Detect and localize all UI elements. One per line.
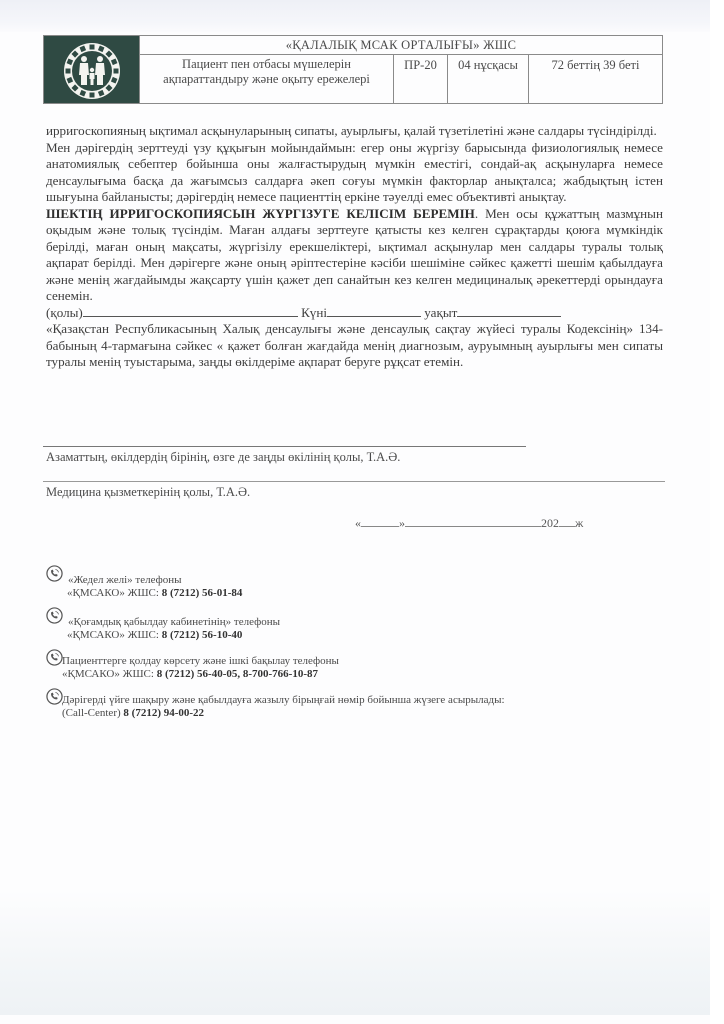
contact-public-reception-number-line: «ҚМСАКО» ЖШС: 8 (7212) 56-10-40 <box>46 629 646 642</box>
date-day-field[interactable] <box>361 516 399 527</box>
consent-body: ирригоскопияның ықтимал асқынуларының си… <box>46 123 663 371</box>
contact-patient-support: Пациенттерге қолдау көрсету және ішкі ба… <box>46 649 646 681</box>
phone-icon <box>46 565 63 582</box>
year-prefix: 202 <box>541 516 559 530</box>
contact-hotline-number[interactable]: 8 (7212) 56-01-84 <box>162 587 243 599</box>
contact-call-center-number[interactable]: 8 (7212) 94-00-22 <box>123 707 204 719</box>
call-center-label: (Call-Center) <box>62 707 123 719</box>
year-field[interactable] <box>559 516 575 527</box>
time-field[interactable] <box>457 305 561 317</box>
date-row: «»202ж <box>355 516 583 531</box>
document-title-line1: Пациент пен отбасы мүшелерін <box>140 57 393 72</box>
contact-public-reception-number[interactable]: 8 (7212) 56-10-40 <box>162 629 243 641</box>
contact-hotline-number-line: «ҚМСАКО» ЖШС: 8 (7212) 56-01-84 <box>46 587 646 600</box>
contact-call-center-number-line: (Call-Center) 8 (7212) 94-00-22 <box>46 707 646 720</box>
year-suffix: ж <box>575 516 583 530</box>
date-month-field[interactable] <box>405 516 541 527</box>
medic-signature-line[interactable] <box>43 481 665 482</box>
signature-label: (қолы) <box>46 305 83 320</box>
document-title-line2: ақпараттандыру және оқыту ережелері <box>140 72 393 87</box>
paragraph-right-to-stop: Мен дәрігердің зерттеуді үзу құқығын мой… <box>46 140 663 206</box>
day-field[interactable] <box>327 305 421 317</box>
consent-heading: ШЕКТІҢ ИРРИГОСКОПИЯСЫН ЖҮРГІЗУГЕ КЕЛІСІМ… <box>46 206 475 221</box>
contact-patient-support-numbers[interactable]: 8 (7212) 56-40-05, 8-700-766-10-87 <box>157 668 318 680</box>
contact-list: «Жедел желі» телефоны «ҚМСАКО» ЖШС: 8 (7… <box>46 565 646 727</box>
phone-icon <box>46 607 63 624</box>
contact-public-reception: «Қоғамдық қабылдау кабинетінің» телефоны… <box>46 607 646 642</box>
day-label: Күні <box>301 305 327 320</box>
contact-patient-support-title: Пациенттерге қолдау көрсету және ішкі ба… <box>46 649 646 668</box>
contact-org-label: «ҚМСАКО» ЖШС: <box>67 629 162 641</box>
document-code: ПР-20 <box>394 55 448 104</box>
phone-icon <box>46 688 63 705</box>
contact-patient-support-number-line: «ҚМСАКО» ЖШС: 8 (7212) 56-40-05, 8-700-7… <box>46 668 646 681</box>
paragraph-disclosure-permission: «Қазақстан Республикасының Халық денсаул… <box>46 321 663 371</box>
contact-hotline-title: «Жедел желі» телефоны <box>46 565 646 587</box>
document-page: «ҚАЛАЛЫҚ МСАК ОРТАЛЫҒЫ» ЖШС Пациент пен … <box>0 0 724 1024</box>
logo-cell <box>44 36 140 104</box>
contact-call-center: Дәрігерді үйге шақыру және қабылдауға жа… <box>46 688 646 720</box>
page-info: 72 беттің 39 беті <box>529 55 663 104</box>
family-circle-logo-icon <box>52 40 132 102</box>
document-title: Пациент пен отбасы мүшелерін ақпараттанд… <box>140 55 394 104</box>
contact-org-label: «ҚМСАКО» ЖШС: <box>67 587 162 599</box>
document-version: 04 нұсқасы <box>448 55 529 104</box>
time-label: уақыт <box>424 305 457 320</box>
phone-icon <box>46 649 63 666</box>
signature-date-time-row: (қолы) Күні уақыт <box>46 305 663 322</box>
medic-signature-label: Медицина қызметкерінің қолы, Т.А.Ә. <box>46 485 250 500</box>
citizen-signature-label: Азаматтың, өкілдердің бірінің, өзге де з… <box>46 450 400 465</box>
signature-field[interactable] <box>83 305 298 317</box>
contact-hotline: «Жедел желі» телефоны «ҚМСАКО» ЖШС: 8 (7… <box>46 565 646 600</box>
contact-org-label: «ҚМСАКО» ЖШС: <box>62 668 157 680</box>
paragraph-consent: ШЕКТІҢ ИРРИГОСКОПИЯСЫН ЖҮРГІЗУГЕ КЕЛІСІМ… <box>46 206 663 305</box>
paragraph-complications: ирригоскопияның ықтимал асқынуларының си… <box>46 123 663 140</box>
contact-public-reception-title: «Қоғамдық қабылдау кабинетінің» телефоны <box>46 607 646 629</box>
document-header: «ҚАЛАЛЫҚ МСАК ОРТАЛЫҒЫ» ЖШС Пациент пен … <box>43 35 663 104</box>
organization-name: «ҚАЛАЛЫҚ МСАК ОРТАЛЫҒЫ» ЖШС <box>140 36 663 55</box>
contact-call-center-title: Дәрігерді үйге шақыру және қабылдауға жа… <box>46 688 646 707</box>
citizen-signature-line[interactable] <box>43 446 526 447</box>
